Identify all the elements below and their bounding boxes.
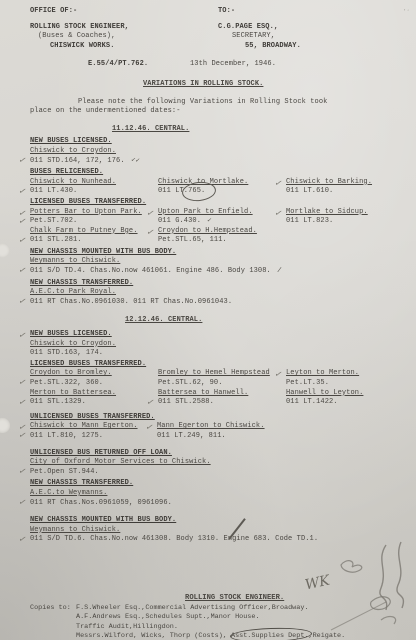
copies-line-2: A.F.Andrews Esq.,Schedules Supt.,Manor H… — [76, 613, 345, 622]
entry: Bromley to Hemel Hempstead Pet.STL.62, 9… — [158, 369, 286, 388]
section-new-buses-licensed-2: ✓ NEW BUSES LICENSED. Chiswick to Croydo… — [30, 330, 408, 359]
detail-line: Pet.STL.62, 90. — [158, 379, 286, 389]
section-heading: NEW CHASSIS MOUNTED WITH BUS BODY. — [30, 516, 408, 526]
checkmark-annotation: ✓ — [18, 157, 27, 167]
checkmark-annotation: ✓ — [18, 217, 27, 227]
entry: ✓ Mortlake to Sidcup. 011 LT.823. — [286, 208, 368, 227]
checkmark-annotation: ✓ — [18, 468, 27, 478]
office-of-label: OFFICE OF:- — [30, 7, 218, 17]
route-line: A.E.C.to Weymanns. — [30, 489, 408, 499]
route-line: Weymanns to Chiswick. — [30, 257, 408, 267]
intro-paragraph: Please note the following Variations in … — [30, 98, 408, 117]
route-line: Croydon to H.Hempstead. — [158, 227, 257, 237]
section-new-chassis-mounted-2: NEW CHASSIS MOUNTED WITH BUS BODY. ✓ Wey… — [30, 516, 408, 545]
route-line: Battersea to Hanwell. — [158, 389, 286, 399]
section-unlicensed-buses-transferred: UNLICENSED BUSES TRANSFERRED. ✓ ✓ Chiswi… — [30, 413, 408, 442]
section-heading: BUSES RELICENSED. — [30, 168, 408, 178]
detail-line: Pet.LT.35. — [286, 379, 359, 389]
detail-line: 011 S/D TD.4. Chas.No.now 461061. Engine… — [30, 267, 408, 277]
detail-line: 011 LT.249, 811. — [157, 432, 265, 442]
entry: ✓ ✓ Chiswick to Mann Egerton. 011 LT.810… — [30, 422, 145, 441]
detail-line: Pet.STL.322, 360. — [30, 379, 158, 389]
entry: ✓ Battersea to Hanwell. 011 STL.2588. — [158, 389, 286, 408]
section-licensed-buses-transferred-2: LICENSED BUSES TRANSFERRED. ✓ Croydon to… — [30, 360, 408, 408]
recipient-line-2: SECRETARY, — [232, 32, 408, 42]
section-new-buses-licensed-1: NEW BUSES LICENSED. ✓ Chiswick to Croydo… — [30, 137, 408, 166]
letter-footer: ROLLING STOCK ENGINEER. Copies to: F.S.W… — [30, 592, 410, 640]
copies-line-1: F.S.Wheeler Esq.,Commercial Advertising … — [76, 604, 345, 613]
route-line: Mortlake to Sidcup. — [286, 208, 368, 218]
route-line: Leyton to Merton. — [286, 369, 359, 379]
section-buses-relicensed: BUSES RELICENSED. ✓ Chiswick to Nunhead.… — [30, 168, 408, 197]
date-heading-2: 12.12.46. CENTRAL. — [125, 316, 408, 326]
route-line: Chalk Farm to Putney Bge. — [30, 227, 158, 237]
entry: Chiswick to Croydon. 011 STD.163, 174. — [30, 340, 408, 359]
route-line: Bromley to Hemel Hempstead — [158, 369, 286, 379]
date-heading-1: 11.12.46. CENTRAL. — [112, 125, 408, 135]
detail-line: 011 G.430.✓ — [158, 217, 286, 227]
handwritten-initials: WK — [304, 573, 332, 594]
reference-row: E.55/4/PT.762. 13th December, 1946. — [30, 60, 408, 70]
route-line: Potters Bar to Upton Park. — [30, 208, 158, 218]
intro-line-1: Please note the following Variations in … — [78, 98, 408, 108]
section-heading: LICENSED BUSES TRANSFERRED. — [30, 198, 408, 208]
detail-line: 011 LT.765. — [158, 187, 286, 197]
checkmark-annotation: ✓ — [18, 499, 27, 509]
entry: ✓ Chalk Farm to Putney Bge. 011 STL.281. — [30, 227, 158, 246]
section-new-chassis-transferred-1: NEW CHASSIS TRANSFERRED. ✓ A.E.C.to Park… — [30, 279, 408, 308]
route-line: Chiswick to Nunhead. — [30, 178, 158, 188]
entry: ✓ ✓ Potters Bar to Upton Park. Pet.ST.70… — [30, 208, 158, 227]
to-label: TO:- — [218, 7, 408, 17]
detail-line: 011 LT.430. — [30, 187, 158, 197]
section-heading: NEW BUSES LICENSED. — [30, 330, 408, 340]
route-line: Chiswick to Croydon. — [30, 147, 408, 157]
section-heading: UNLICENSED BUS RETURNED OFF LOAN. — [30, 449, 408, 459]
route-line: Upton Park to Enfield. — [158, 208, 286, 218]
detail-line: Pet.STL.65, 111. — [158, 236, 257, 246]
copies-line-4: Messrs.Wilford, Wicks, Thorp (Costs), As… — [76, 632, 345, 640]
route-line: Croydon to Bromley. — [30, 369, 158, 379]
pencil-slash-annotation: / — [276, 267, 282, 277]
detail-line: Pet.ST.702. — [30, 217, 158, 227]
header-labels: OFFICE OF:- TO:- — [30, 7, 408, 17]
detail-line: 011 LT.1422. — [286, 398, 363, 408]
entry: ✓ Croydon to Bromley. Pet.STL.322, 360. — [30, 369, 158, 388]
office-line-2: (Buses & Coaches), — [38, 32, 218, 42]
entry: ✓ Chiswick to Barking. 011 LT.610. — [286, 178, 372, 197]
route-line: Chiswick to Barking. — [286, 178, 372, 188]
tick-annotation: ✓ — [206, 217, 212, 227]
office-line-1: ROLLING STOCK ENGINEER, — [30, 23, 218, 33]
entry: ✓ A.E.C.to Weymanns. 011 RT Chas.Nos.096… — [30, 489, 408, 508]
section-heading: NEW CHASSIS TRANSFERRED. — [30, 279, 408, 289]
detail-line: 011 STL.1329. — [30, 398, 158, 408]
route-line: Hanwell to Leyton. — [286, 389, 363, 399]
detail-line: Pet.Open ST.944. — [30, 468, 408, 478]
reference-number: E.55/4/PT.762. — [88, 60, 190, 70]
section-heading: LICENSED BUSES TRANSFERRED. — [30, 360, 408, 370]
checkmark-annotation: ✓ — [18, 236, 27, 246]
letter-date: 13th December, 1946. — [190, 60, 276, 70]
entry: ✓ Upton Park to Enfield. 011 G.430.✓ — [158, 208, 286, 227]
route-line: Merton to Battersea. — [30, 389, 158, 399]
detail-line: 011 LT.810, 1275. — [30, 432, 145, 442]
address-block: ROLLING STOCK ENGINEER, (Buses & Coaches… — [30, 23, 408, 52]
scanned-letter-page: ˖˓ OFFICE OF:- TO:- ROLLING STOCK ENGINE… — [0, 0, 416, 640]
recipient-line-1: C.G.PAGE ESQ., — [218, 23, 408, 33]
detail-line: 011 RT Chas.No.0961030. 011 RT Chas.No.0… — [30, 298, 408, 308]
entry: ✓ Merton to Battersea. 011 STL.1329. — [30, 389, 158, 408]
detail-line: 011 STL.281. — [30, 236, 158, 246]
entry: ✓ Weymanns to Chiswick. 011 S/D TD.6. Ch… — [30, 526, 408, 545]
route-line: Mann Egerton to Chiswick. — [157, 422, 265, 432]
entry: ✓ Weymanns to Chiswick. 011 S/D TD.4. Ch… — [30, 257, 408, 276]
checkmark-annotation: ✓ — [18, 379, 27, 389]
checkmark-annotation: ✓ — [18, 432, 27, 442]
route-line: A.E.C.to Park Royal. — [30, 288, 408, 298]
office-line-3: CHISWICK WORKS. — [50, 42, 218, 52]
entry: ✓ Croydon to H.Hempstead. Pet.STL.65, 11… — [158, 227, 257, 246]
route-line: Chiswick to Croydon. — [30, 340, 408, 350]
entry: ✓ Chiswick to Nunhead. 011 LT.430. — [30, 178, 158, 197]
checkmark-annotation: ✓ — [18, 398, 27, 408]
checkmark-annotation: ✓ — [18, 267, 27, 277]
detail-line: 011 STD.163, 174. — [30, 349, 408, 359]
entry: ✓ Chiswick to Croydon. 011 STD.164, 172,… — [30, 147, 408, 166]
section-new-chassis-transferred-2: NEW CHASSIS TRANSFERRED. ✓ A.E.C.to Weym… — [30, 479, 408, 508]
double-tick-annotation: ✓✓ — [130, 156, 140, 167]
entry: ✓ A.E.C.to Park Royal. 011 RT Chas.No.09… — [30, 288, 408, 307]
entry: ✓ Leyton to Merton. Pet.LT.35. — [286, 369, 359, 388]
recipient-line-3: 55, BROADWAY. — [245, 42, 408, 52]
intro-line-2: place on the undermentioned dates:- — [30, 107, 408, 117]
detail-line: 011 S/D TD.6. Chas.No.now 461308. Body 1… — [30, 535, 408, 545]
entry: ✓ City of Oxford Motor Services to Chisw… — [30, 458, 408, 477]
checkmark-annotation: ✓ — [18, 187, 27, 197]
route-line: City of Oxford Motor Services to Chiswic… — [30, 458, 408, 468]
detail-line: 011 RT Chas.Nos.0961059, 0961096. — [30, 499, 408, 509]
section-licensed-buses-transferred-1: LICENSED BUSES TRANSFERRED. ✓ ✓ Potters … — [30, 198, 408, 246]
checkmark-annotation: ✓ — [18, 332, 27, 342]
detail-line: 011 LT.823. — [286, 217, 368, 227]
checkmark-annotation: ✓ — [145, 424, 154, 434]
route-line: Weymanns to Chiswick. — [30, 526, 408, 536]
entry: ✓ Mann Egerton to Chiswick. 011 LT.249, … — [157, 422, 265, 441]
route-line: Chiswick to Mortlake. — [158, 178, 286, 188]
section-new-chassis-mounted-1: NEW CHASSIS MOUNTED WITH BUS BODY. ✓ Wey… — [30, 248, 408, 277]
section-heading: NEW BUSES LICENSED. — [30, 137, 408, 147]
entry: Hanwell to Leyton. 011 LT.1422. — [286, 389, 363, 408]
copies-line-3: Traffic Audit,Hillingdon. — [76, 623, 345, 632]
detail-line: 011 LT.610. — [286, 187, 372, 197]
section-heading: NEW CHASSIS MOUNTED WITH BUS BODY. — [30, 248, 408, 258]
detail-line: 011 STD.164, 172, 176.✓✓ — [30, 157, 408, 167]
section-unlicensed-bus-returned: UNLICENSED BUS RETURNED OFF LOAN. ✓ City… — [30, 449, 408, 478]
letter-title: VARIATIONS IN ROLLING STOCK. — [143, 80, 408, 90]
section-heading: UNLICENSED BUSES TRANSFERRED. — [30, 413, 408, 423]
route-line: Chiswick to Mann Egerton. — [30, 422, 145, 432]
section-heading: NEW CHASSIS TRANSFERRED. — [30, 479, 408, 489]
checkmark-annotation: ✓ — [18, 298, 27, 308]
entry: Chiswick to Mortlake. 011 LT.765. — [158, 178, 286, 197]
copies-to-label: Copies to: — [30, 604, 76, 640]
signature-title: ROLLING STOCK ENGINEER. — [185, 594, 284, 602]
checkmark-annotation: ✓ — [18, 535, 27, 545]
detail-line: 011 STL.2588. — [158, 398, 286, 408]
